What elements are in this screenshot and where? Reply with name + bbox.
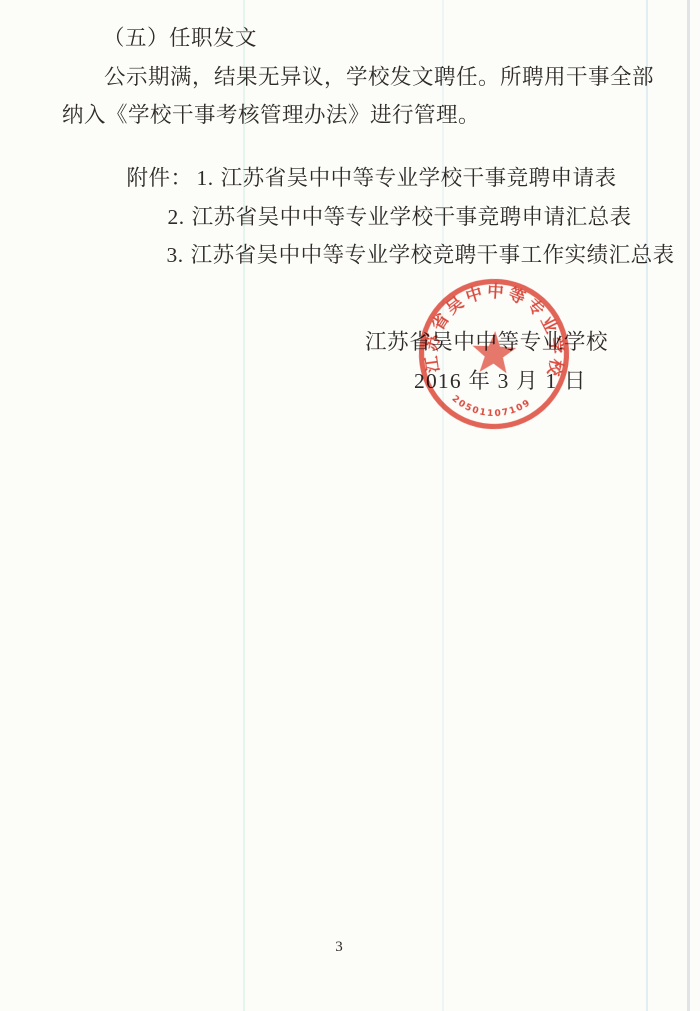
seal-arc-text: 江苏省吴中中等专业学校 xyxy=(419,277,571,381)
paragraph-line: 公示期满，结果无异议，学校发文聘任。所聘用干事全部 xyxy=(104,65,654,90)
scan-streak xyxy=(646,0,648,1011)
section-heading: （五）任职发文 xyxy=(103,26,257,51)
paragraph-line: 纳入《学校干事考核管理办法》进行管理。 xyxy=(62,103,480,128)
page-number: 3 xyxy=(321,939,357,956)
attachment-number: 3. xyxy=(167,243,184,268)
seal-star-icon xyxy=(471,330,517,374)
attachment-title: 江苏省吴中中等专业学校竞聘干事工作实绩汇总表 xyxy=(191,243,675,267)
scanned-document-page: （五）任职发文 公示期满，结果无异议，学校发文聘任。所聘用干事全部 纳入《学校干… xyxy=(0,0,700,1011)
attachment-row: 3.江苏省吴中中等专业学校竞聘干事工作实绩汇总表 xyxy=(143,218,675,292)
scan-streak xyxy=(687,0,690,1011)
official-seal: 江苏省吴中中等专业学校 3205011071099 xyxy=(410,270,578,438)
